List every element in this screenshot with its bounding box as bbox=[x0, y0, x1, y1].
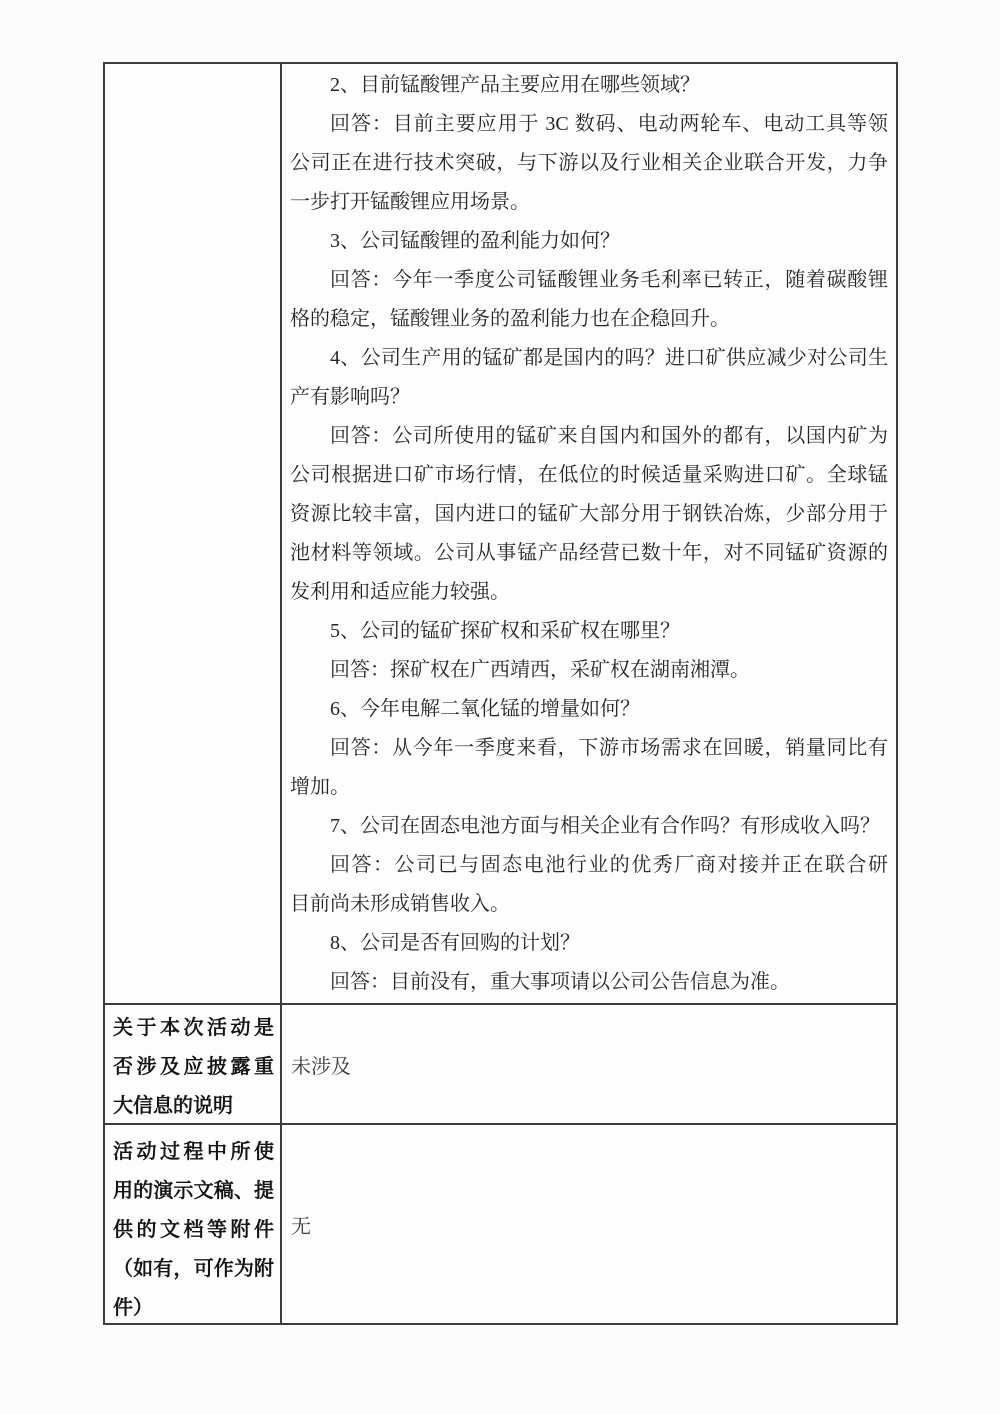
qa-line: 发利用和适应能力较强。 bbox=[290, 573, 888, 612]
qa-line: 6、今年电解二氧化锰的增量如何？ bbox=[290, 690, 888, 729]
qa-line: 回答：目前主要应用于 3C 数码、电动两轮车、电动工具等领域， bbox=[290, 105, 888, 144]
qa-line: 5、公司的锰矿探矿权和采矿权在哪里？ bbox=[290, 612, 888, 651]
qa-line: 目前尚未形成销售收入。 bbox=[290, 885, 888, 924]
disclosure-label-line: 大信息的说明 bbox=[113, 1087, 274, 1123]
qa-line: 4、公司生产用的锰矿都是国内的吗？进口矿供应减少对公司生 bbox=[290, 339, 888, 378]
attachment-content-text: 无 bbox=[291, 1210, 311, 1239]
attachment-label-line: 活动过程中所使 bbox=[113, 1133, 274, 1172]
qa-line: 产有影响吗？ bbox=[290, 378, 888, 417]
attachment-label-line: （如有，可作为附 bbox=[113, 1250, 274, 1289]
qa-line: 格的稳定，锰酸锂业务的盈利能力也在企稳回升。 bbox=[290, 300, 888, 339]
disclosure-label-line: 否涉及应披露重 bbox=[113, 1048, 274, 1087]
qa-line: 公司正在进行技术突破，与下游以及行业相关企业联合开发，力争进 bbox=[290, 144, 888, 183]
qa-content-cell: 2、目前锰酸锂产品主要应用在哪些领域？回答：目前主要应用于 3C 数码、电动两轮… bbox=[282, 64, 896, 1003]
disclosure-label-line: 关于本次活动是 bbox=[113, 1009, 274, 1048]
qa-line: 增加。 bbox=[290, 768, 888, 807]
qa-row-label-cell-empty bbox=[105, 64, 282, 1003]
attachment-label-line: 供的文档等附件 bbox=[113, 1211, 274, 1250]
attachment-label-cell: 活动过程中所使用的演示文稿、提供的文档等附件（如有，可作为附件） bbox=[105, 1123, 282, 1323]
attachment-label-line: 件） bbox=[113, 1289, 274, 1323]
qa-line: 7、公司在固态电池方面与相关企业有合作吗？有形成收入吗？ bbox=[290, 807, 888, 846]
qa-line: 公司根据进口矿市场行情，在低位的时候适量采购进口矿。全球锰矿 bbox=[290, 456, 888, 495]
qa-line: 回答：探矿权在广西靖西，采矿权在湖南湘潭。 bbox=[290, 651, 888, 690]
disclosure-content-cell: 未涉及 bbox=[282, 1003, 896, 1123]
disclosure-content-text: 未涉及 bbox=[291, 1050, 351, 1079]
disclosure-label-cell: 关于本次活动是否涉及应披露重大信息的说明 bbox=[105, 1003, 282, 1123]
qa-line: 回答：今年一季度公司锰酸锂业务毛利率已转正，随着碳酸锂价 bbox=[290, 261, 888, 300]
qa-line: 一步打开锰酸锂应用场景。 bbox=[290, 183, 888, 222]
activity-record-table: 2、目前锰酸锂产品主要应用在哪些领域？回答：目前主要应用于 3C 数码、电动两轮… bbox=[103, 62, 898, 1325]
attachment-label-line: 用的演示文稿、提 bbox=[113, 1172, 274, 1211]
qa-line: 回答：公司已与固态电池行业的优秀厂商对接并正在联合研发， bbox=[290, 846, 888, 885]
qa-line: 回答：目前没有，重大事项请以公司公告信息为准。 bbox=[290, 963, 888, 1002]
qa-line: 2、目前锰酸锂产品主要应用在哪些领域？ bbox=[290, 66, 888, 105]
qa-line: 回答：公司所使用的锰矿来自国内和国外的都有，以国内矿为主， bbox=[290, 417, 888, 456]
qa-line: 8、公司是否有回购的计划？ bbox=[290, 924, 888, 963]
qa-line: 回答：从今年一季度来看，下游市场需求在回暖，销量同比有所 bbox=[290, 729, 888, 768]
qa-line: 池材料等领域。公司从事锰产品经营已数十年，对不同锰矿资源的开 bbox=[290, 534, 888, 573]
qa-line: 3、公司锰酸锂的盈利能力如何？ bbox=[290, 222, 888, 261]
qa-line: 资源比较丰富，国内进口的锰矿大部分用于钢铁冶炼，少部分用于电 bbox=[290, 495, 888, 534]
attachment-content-cell: 无 bbox=[282, 1123, 896, 1323]
